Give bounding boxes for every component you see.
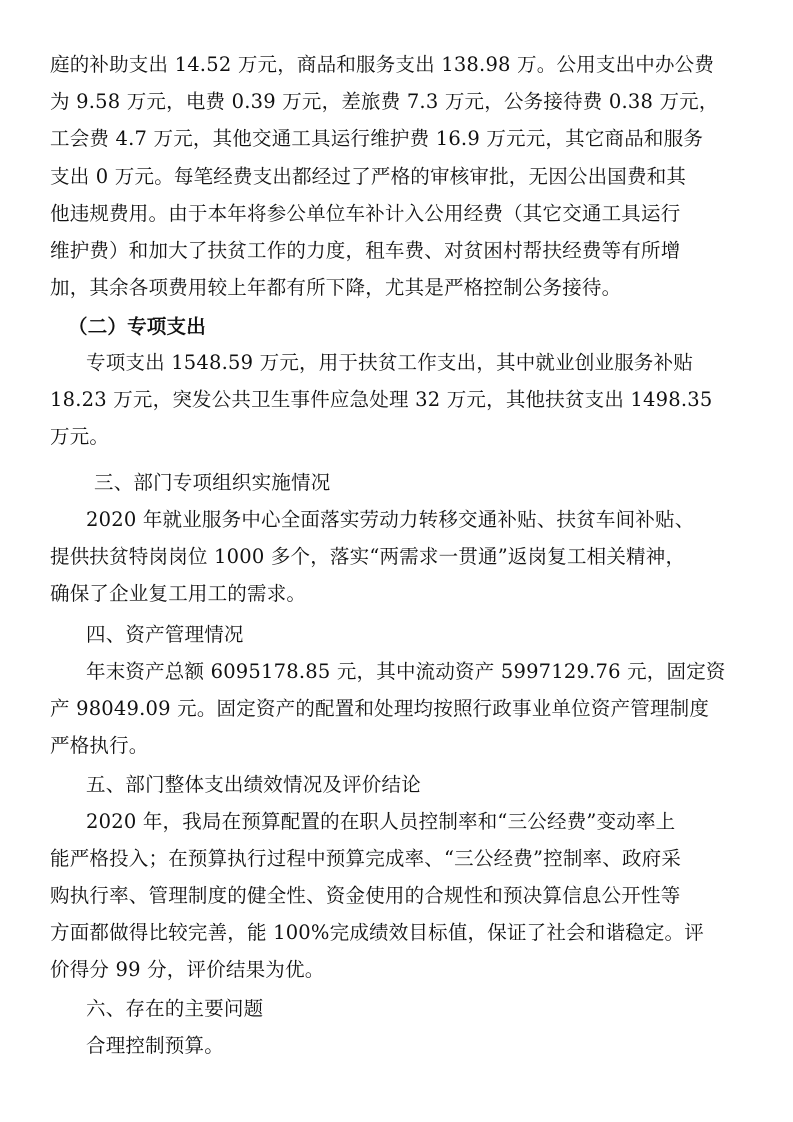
text-line: 工会费 4.7 万元，其他交通工具运行维护费 16.9 万元元，其它商品和服务: [50, 120, 703, 157]
text-line: 加，其余各项费用较上年都有所下降，尤其是严格控制公务接待。: [50, 269, 621, 306]
text-line: 能严格投入；在预算执行过程中预算完成率、“三公经费”控制率、政府采: [50, 840, 681, 877]
text-line: 确保了企业复工用工的需求。: [50, 575, 306, 612]
text-line: 价得分 99 分，评价结果为优。: [50, 951, 324, 988]
text-line: 四、资产管理情况: [86, 616, 244, 653]
text-line: 五、部门整体支出绩效情况及评价结论: [86, 766, 421, 803]
text-line: 购执行率、管理制度的健全性、资金使用的合规性和预决算信息公开性等: [50, 877, 680, 914]
text-line: 为 9.58 万元，电费 0.39 万元，差旅费 7.3 万元，公务接待费 0.…: [50, 83, 719, 120]
text-line: 支出 0 万元。每笔经费支出都经过了严格的审核审批，无因公出国费和其: [50, 158, 686, 195]
text-line: 专项支出 1548.59 万元，用于扶贫工作支出，其中就业创业服务补贴: [86, 344, 693, 381]
text-line: 严格执行。: [50, 727, 149, 764]
text-line: 他违规费用。由于本年将参公单位车补计入公用经费（其它交通工具运行: [50, 195, 680, 232]
text-line: 三、部门专项组织实施情况: [94, 464, 330, 501]
text-line: 万元。: [50, 418, 109, 455]
text-line: 维护费）和加大了扶贫工作的力度，租车费、对贫困村帮扶经费等有所增: [50, 232, 680, 269]
text-line: 庭的补助支出 14.52 万元，商品和服务支出 138.98 万。公用支出中办公…: [50, 46, 714, 83]
text-line: 方面都做得比较完善，能 100%完成绩效目标值，保证了社会和谐稳定。评: [50, 914, 704, 951]
text-line: 年末资产总额 6095178.85 元，其中流动资产 5997129.76 元，…: [86, 653, 726, 690]
text-line: 合理控制预算。: [86, 1027, 224, 1064]
text-line: 2020 年就业服务中心全面落实劳动力转移交通补贴、扶贫车间补贴、: [86, 501, 694, 538]
text-line: 产 98049.09 元。固定资产的配置和处理均按照行政事业单位资产管理制度: [50, 690, 709, 727]
text-line: 18.23 万元，突发公共卫生事件应急处理 32 万元，其他扶贫支出 1498.…: [50, 381, 712, 418]
text-line: 提供扶贫特岗岗位 1000 多个，落实“两需求一贯通”返岗复工相关精神，: [50, 538, 685, 575]
text-line: 六、存在的主要问题: [86, 990, 263, 1027]
section-subheading: （二）专项支出: [68, 308, 206, 345]
text-line: 2020 年，我局在预算配置的在职人员控制率和“三公经费”变动率上: [86, 803, 675, 840]
